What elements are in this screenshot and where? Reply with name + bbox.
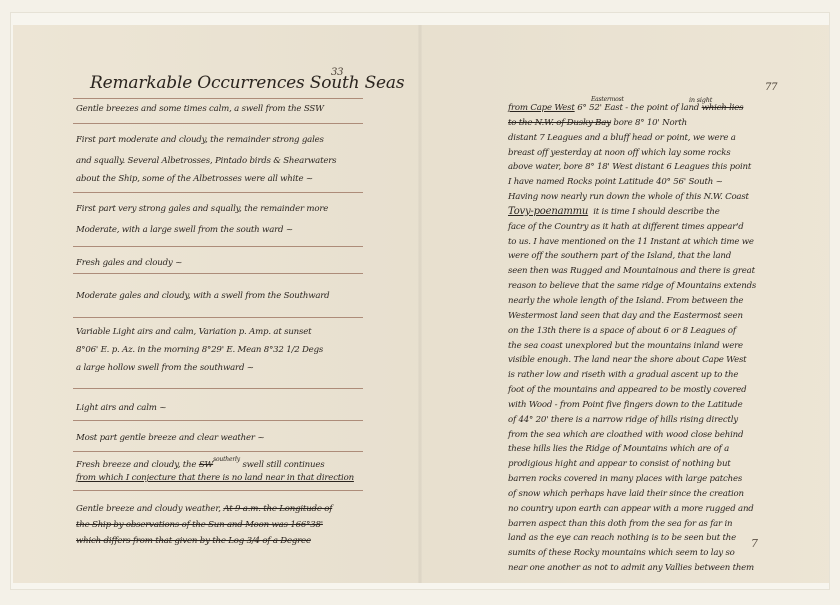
entry-line: Moderate, with a large swell from the so… — [76, 223, 376, 237]
ruled-line — [73, 451, 363, 452]
entry-line: about the Ship, some of the Albetrosses … — [76, 172, 376, 186]
entry-line: Gentle breezes and some times calm, a sw… — [76, 102, 376, 116]
log-entry: Light airs and calm ~ — [76, 401, 376, 415]
narrative-line: seen then was Rugged and Mountainous and… — [508, 264, 808, 279]
narrative-line: Westermost land seen that day and the Ea… — [508, 309, 808, 324]
ruled-line — [73, 317, 363, 318]
ruled-line — [73, 388, 363, 389]
narrative-line: sumits of these Rocky mountains which se… — [508, 546, 808, 561]
entry-line: Most part gentle breeze and clear weathe… — [76, 431, 376, 445]
entry-line: Variable Light airs and calm, Variation … — [76, 325, 376, 339]
entry-line: a large hollow swell from the southward … — [76, 361, 376, 375]
narrative-line: distant 7 Leagues and a bluff head or po… — [508, 131, 808, 146]
struck-entry-line: the Ship by observations of the Sun and … — [76, 518, 376, 532]
entry-line: Moderate gales and cloudy, with a swell … — [76, 289, 376, 303]
manuscript-spread: Remarkable Occurrences South Seas 33 Gen… — [13, 25, 829, 583]
narrative-line: no country upon earth can appear with a … — [508, 502, 808, 517]
narrative-line: from Cape West 6° 52' East - the point o… — [508, 101, 808, 116]
folio-number-left: 33 — [331, 67, 343, 78]
log-entry: Fresh breeze and cloudy, the SWsoutherly… — [76, 458, 376, 485]
log-entry: Gentle breeze and cloudy weather, At 9 a… — [76, 502, 376, 548]
entry-line: First part very strong gales and squally… — [76, 202, 376, 216]
entry-line: Light airs and calm ~ — [76, 401, 376, 415]
narrative-line: barren aspect than this doth from the se… — [508, 517, 808, 532]
catchword: 7 — [751, 537, 758, 550]
left-page: Remarkable Occurrences South Seas 33 Gen… — [13, 25, 421, 583]
narrative-line: prodigious hight and appear to consist o… — [508, 457, 808, 472]
narrative-line: with Wood - from Point five fingers down… — [508, 398, 808, 413]
log-entry: Gentle breezes and some times calm, a sw… — [76, 102, 376, 116]
narrative-line: reason to believe that the same ridge of… — [508, 279, 808, 294]
narrative-line: above water, bore 8° 18' West distant 6 … — [508, 160, 808, 175]
ruled-line — [73, 490, 363, 491]
narrative-line: foot of the mountains and appeared to be… — [508, 383, 808, 398]
ruled-line — [73, 246, 363, 247]
narrative-line: visible enough. The land near the shore … — [508, 353, 808, 368]
narrative-line: face of the Country as it hath at differ… — [508, 220, 808, 235]
log-entry: Variable Light airs and calm, Variation … — [76, 325, 376, 375]
narrative-line: near one another as not to admit any Val… — [508, 561, 808, 576]
narrative-line: I have named Rocks point Latitude 40° 56… — [508, 175, 808, 190]
folio-number-right: 77 — [765, 82, 777, 93]
narrative-line: of 44° 20' there is a narrow ridge of hi… — [508, 413, 808, 428]
log-entry: First part moderate and cloudy, the rema… — [76, 133, 376, 186]
narrative-line: Having now nearly run down the whole of … — [508, 190, 808, 205]
entry-line: Fresh gales and cloudy ~ — [76, 256, 376, 270]
ruled-line — [73, 273, 363, 274]
narrative-line: to the N.W. of Dusky Bay bore 8° 10' Nor… — [508, 116, 808, 131]
narrative-line: on the 13th there is a space of about 6 … — [508, 324, 808, 339]
log-entry: Most part gentle breeze and clear weathe… — [76, 431, 376, 445]
right-page: 77 Eastermost in sight from Cape West 6°… — [421, 25, 829, 583]
narrative-line: from the sea which are cloathed with woo… — [508, 428, 808, 443]
ruled-line — [73, 123, 363, 124]
entry-line: First part moderate and cloudy, the rema… — [76, 133, 376, 147]
entry-line: from which I conjecture that there is no… — [76, 471, 376, 485]
ruled-line — [73, 192, 363, 193]
narrative-line: barren rocks covered in many places with… — [508, 472, 808, 487]
log-entry: First part very strong gales and squally… — [76, 202, 376, 237]
entry-line: Gentle breeze and cloudy weather, At 9 a… — [76, 502, 376, 516]
entry-line: 8°06' E. p. Az. in the morning 8°29' E. … — [76, 343, 376, 357]
narrative-line: is rather low and riseth with a gradual … — [508, 368, 808, 383]
page-title: Remarkable Occurrences South Seas — [90, 73, 404, 93]
journal-narrative: from Cape West 6° 52' East - the point o… — [508, 101, 808, 576]
log-entry: Fresh gales and cloudy ~ — [76, 256, 376, 270]
narrative-line: land as the eye can reach nothing is to … — [508, 531, 808, 546]
entry-line: and squally. Several Albetrosses, Pintad… — [76, 154, 376, 168]
ruled-line — [73, 98, 363, 99]
narrative-line: nearly the whole length of the Island. F… — [508, 294, 808, 309]
narrative-line: these hills lies the Ridge of Mountains … — [508, 442, 808, 457]
narrative-line: were off the southern part of the Island… — [508, 249, 808, 264]
interlinear-insertion: southerly — [213, 456, 240, 463]
narrative-line: Tovy-poenammu it is time I should descri… — [508, 205, 808, 220]
narrative-line: the sea coast unexplored but the mountai… — [508, 339, 808, 354]
narrative-line: to us. I have mentioned on the 11 Instan… — [508, 235, 808, 250]
narrative-line: breast off yesterday at noon off which l… — [508, 146, 808, 161]
struck-entry-line: which differs from that given by the Log… — [76, 534, 376, 548]
ruled-line — [73, 420, 363, 421]
log-entry: Moderate gales and cloudy, with a swell … — [76, 289, 376, 303]
narrative-line: of snow which perhaps have laid their si… — [508, 487, 808, 502]
